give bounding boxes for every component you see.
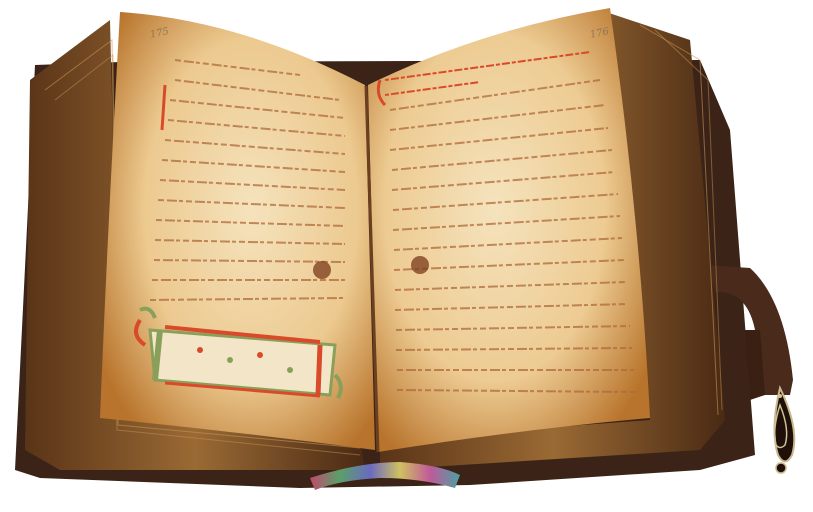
stain-right	[411, 256, 429, 274]
manuscript-photo: 175 176	[0, 0, 813, 512]
clasp-icon	[774, 388, 794, 473]
stain-left	[313, 261, 331, 279]
right-page	[368, 8, 650, 452]
